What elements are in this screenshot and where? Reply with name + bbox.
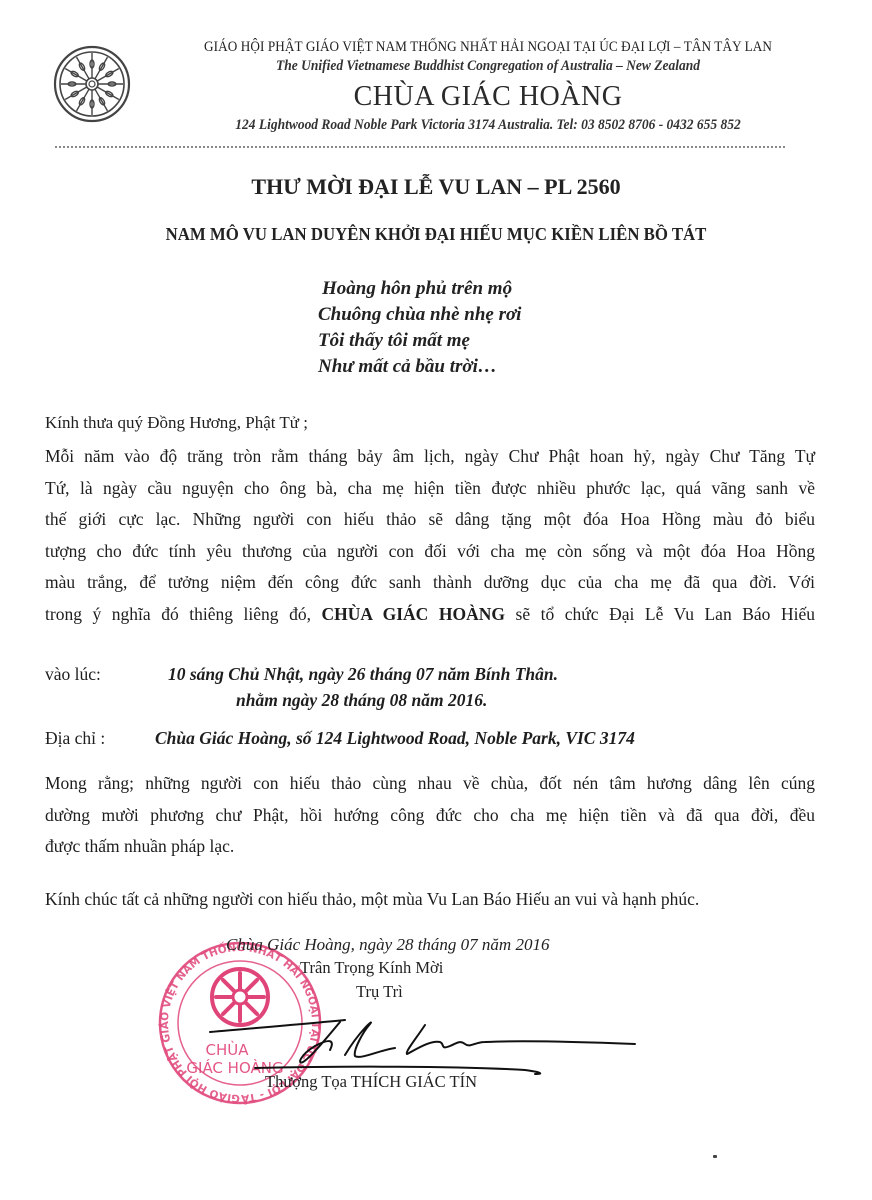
time-value-solar: nhằm ngày 28 tháng 08 năm 2016. [236, 690, 487, 711]
paragraph-line: dường mười phương chư Phật, hồi hướng cô… [45, 800, 815, 832]
poem-line: Chuông chùa nhè nhẹ rơi [318, 302, 521, 328]
paragraph-line: được thấm nhuần pháp lạc. [45, 831, 815, 863]
time-value-lunar: 10 sáng Chủ Nhật, ngày 26 tháng 07 năm B… [168, 664, 558, 685]
closing-wish: Kính chúc tất cả những người con hiếu th… [45, 884, 815, 916]
poem-line: Như mất cả bầu trời… [318, 354, 521, 380]
address-label: Địa chỉ : [45, 728, 105, 749]
paragraph-line: Mong rằng; những người con hiếu thảo cùn… [45, 768, 815, 800]
letterhead-divider [55, 146, 785, 148]
letter-title: THƯ MỜI ĐẠI LỄ VU LAN – PL 2560 [0, 174, 872, 200]
dharma-wheel-icon [52, 44, 132, 124]
organization-name-en: The Unified Vietnamese Buddhist Congrega… [153, 58, 823, 75]
organization-name-vi: GIÁO HỘI PHẬT GIÁO VIỆT NAM THỐNG NHẤT H… [153, 39, 823, 56]
temple-name-inline: CHÙA GIÁC HOÀNG [322, 604, 505, 624]
paragraph-intro: Mỗi năm vào độ trăng tròn rằm tháng bảy … [45, 441, 815, 630]
paragraph-line: thế giới cực lạc. Những người con hiếu t… [45, 504, 815, 536]
signer-name: Thượng Tọa THÍCH GIÁC TÍN [265, 1072, 477, 1092]
address-value: Chùa Giác Hoàng, số 124 Lightwood Road, … [155, 728, 635, 749]
paragraph-line: Tứ, là ngày cầu nguyện cho ông bà, cha m… [45, 473, 815, 505]
paragraph-wish: Mong rằng; những người con hiếu thảo cùn… [45, 768, 815, 863]
temple-address: 124 Lightwood Road Noble Park Victoria 3… [153, 117, 823, 134]
temple-name: CHÙA GIÁC HOÀNG [128, 81, 848, 113]
signer-role: Trụ Trì [356, 982, 403, 1002]
poem-line: Tôi thấy tôi mất mẹ [318, 328, 521, 354]
time-label: vào lúc: [45, 664, 101, 685]
paragraph-line: Mỗi năm vào độ trăng tròn rằm tháng bảy … [45, 441, 815, 473]
letter-subtitle: NAM MÔ VU LAN DUYÊN KHỞI ĐẠI HIẾU MỤC KI… [17, 224, 854, 245]
poem-line: Hoàng hôn phủ trên mộ [318, 276, 521, 302]
handwritten-signature [195, 1010, 645, 1080]
greeting: Kính thưa quý Đồng Hương, Phật Tử ; [45, 407, 815, 439]
paragraph-line: trong ý nghĩa đó thiêng liêng đó, CHÙA G… [45, 599, 815, 631]
scan-speck [713, 1155, 717, 1158]
regards: Trân Trọng Kính Mời [300, 958, 443, 978]
paragraph-line: tượng cho đức tính yêu thương của người … [45, 536, 815, 568]
paragraph-line: màu trắng, để tưởng niệm đến công đức sa… [45, 567, 815, 599]
place-and-date: Chùa Giác Hoàng, ngày 28 tháng 07 năm 20… [226, 935, 549, 955]
poem: Hoàng hôn phủ trên mộ Chuông chùa nhè nh… [318, 276, 521, 380]
